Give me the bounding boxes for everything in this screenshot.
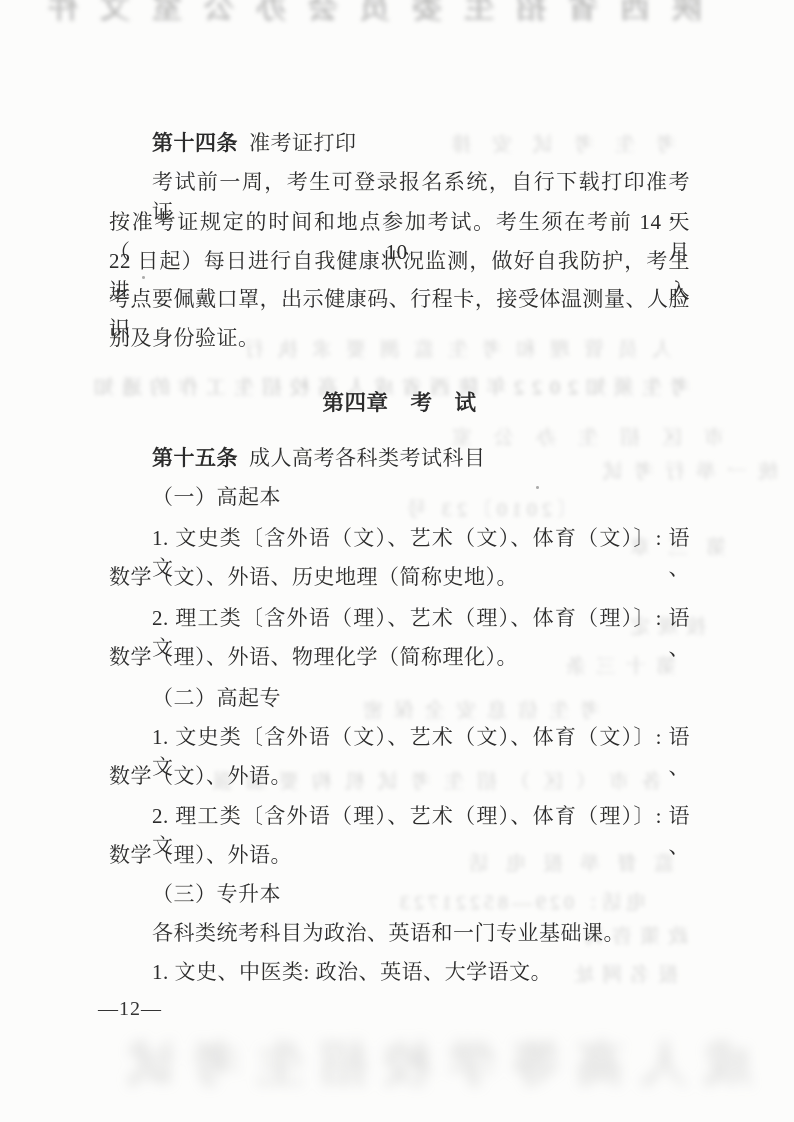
paragraph-line: 各科类统考科目为政治、英语和一门专业基础课。: [152, 918, 690, 948]
article-15-title: 成人高考各科类考试科目: [249, 446, 486, 470]
article-14-number: 第十四条: [152, 131, 238, 155]
section-heading: （三）专升本: [152, 879, 690, 909]
article-14-heading: 第十四条准考证打印: [152, 128, 690, 158]
chapter-4-heading: 第四章 考 试: [109, 388, 690, 418]
paragraph-line: 别及身份验证。: [109, 323, 690, 353]
scanned-document-page: 陕西省招生委员会办公室文件 考生考试安排 人员管理和考生监测要求执行 考生须知2…: [0, 0, 794, 1122]
list-item-line: 1. 文史、中医类: 政治、英语、大学语文。: [152, 957, 690, 987]
list-item-line: 数学（理）、外语、物理化学（简称理化）。: [109, 642, 690, 672]
bleedthrough-text: 成人高等学校招生考试: [112, 1026, 752, 1095]
article-14-title: 准考证打印: [249, 131, 357, 155]
section-heading: （一）高起本: [152, 482, 690, 512]
list-item-line: 数学（文）、外语。: [109, 761, 690, 791]
bleedthrough-text: 陕西省招生委员会办公室文件: [26, 0, 702, 27]
article-15-number: 第十五条: [152, 446, 238, 470]
article-15-heading: 第十五条成人高考各科类考试科目: [152, 443, 690, 473]
list-item-line: 数学（理）、外语。: [109, 840, 690, 870]
page-number: —12—: [98, 998, 162, 1021]
list-item-line: 数学（文）、外语、历史地理（简称史地）。: [109, 562, 690, 592]
section-heading: （二）高起专: [152, 683, 690, 713]
